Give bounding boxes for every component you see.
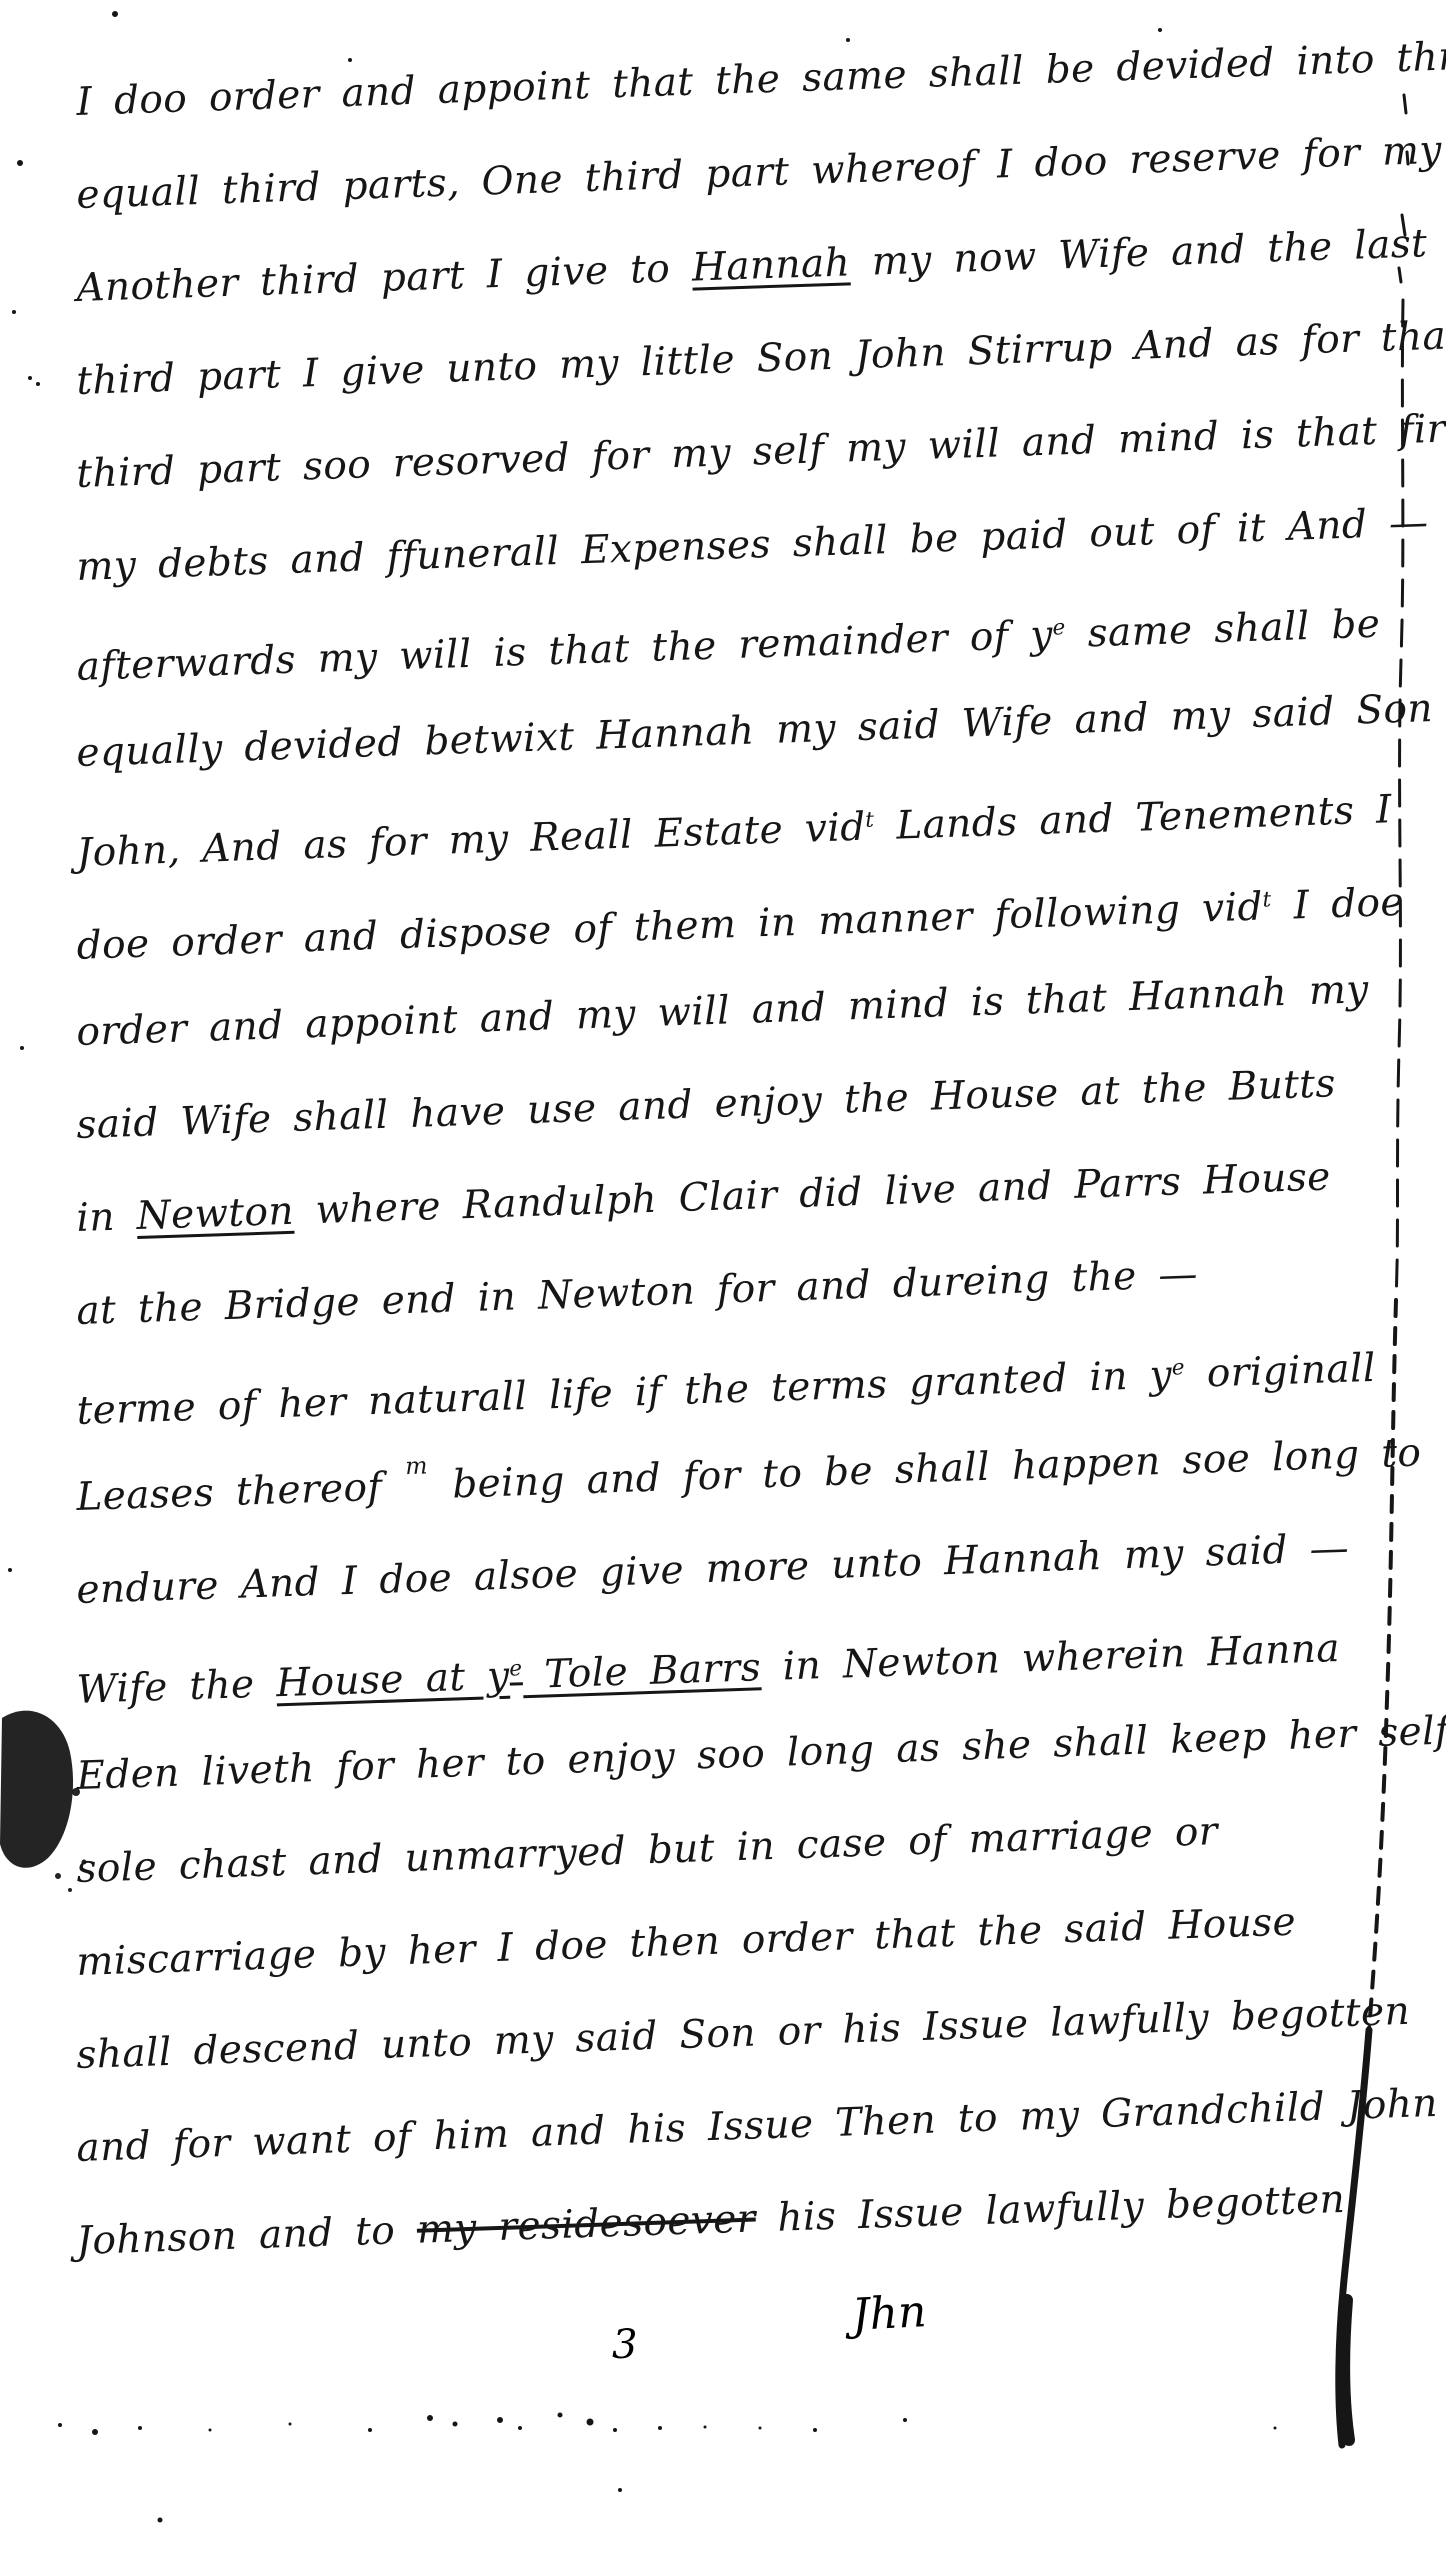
text-segment: Lands and Tenements I — [874, 787, 1393, 849]
text-segment: Johnson and to — [76, 2208, 418, 2264]
text-segment: Hannah — [691, 240, 851, 290]
text-segment: in — [76, 1194, 138, 1241]
text-segment: e — [1052, 615, 1066, 640]
text-segment: Another third part I give to — [76, 246, 693, 311]
manuscript-text-block: I doo order and appoint that the same sh… — [78, 56, 1398, 2288]
text-segment: afterwards my will is that the remainder… — [76, 613, 1054, 690]
text-segment: House at y — [275, 1654, 510, 1707]
text-segment: m — [405, 1452, 429, 1481]
text-segment: Tole Barrs — [522, 1645, 762, 1698]
text-segment: where Randulph Clair did live and Parrs … — [293, 1154, 1331, 1233]
text-segment: Leases thereof — [76, 1464, 405, 1520]
text-segment: Wife the — [76, 1661, 277, 1713]
text-segment: endure And I doe alsoe give more unto Ha… — [76, 1526, 1350, 1613]
page-number: 3 — [612, 2322, 637, 2368]
text-segment: Newton — [136, 1189, 295, 1239]
manuscript-page: I doo order and appoint that the same sh… — [0, 0, 1446, 2560]
text-segment: my residesoever — [416, 2197, 756, 2253]
text-segment: being and for to be shall happen soe lon… — [430, 1430, 1422, 1508]
text-segment: at the Bridge end in Newton for and dure… — [76, 1252, 1199, 1334]
text-segment: said Wife shall have use and enjoy the H… — [76, 1061, 1337, 1148]
text-segment: e — [1171, 1355, 1185, 1380]
text-segment: same shall be — [1065, 602, 1381, 657]
text-segment: I doe — [1271, 880, 1405, 929]
catchword: Jhn — [851, 2286, 928, 2341]
text-segment: in Newton wherein Hanna — [760, 1626, 1340, 1690]
text-segment: sole chast and unmarryed but in case of … — [76, 1809, 1219, 1892]
ink-blot — [0, 1711, 87, 1892]
text-segment: my now Wife and the last — [849, 221, 1428, 285]
text-segment: miscarriage by her I doe then order that… — [76, 1900, 1297, 1985]
text-segment: originall — [1184, 1346, 1376, 1397]
text-segment: John, And as for my Reall Estate vid — [76, 805, 866, 876]
text-segment: e — [509, 1656, 523, 1681]
text-segment: his Issue lawfully begotten — [755, 2177, 1346, 2242]
